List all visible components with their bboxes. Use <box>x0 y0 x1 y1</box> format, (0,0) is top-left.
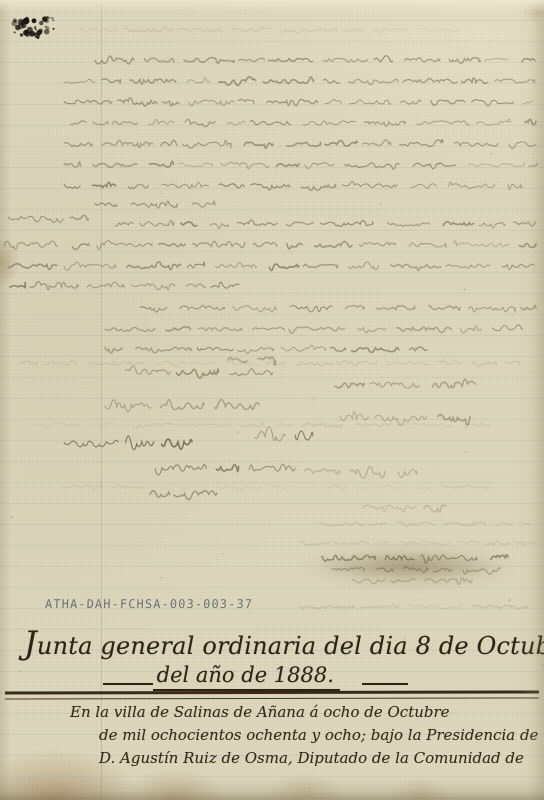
ink-stamp <box>11 16 54 39</box>
heading-line1: Junta general ordinaria del dia 8 de Oct… <box>24 626 538 662</box>
heading-line2: del año de 1888. <box>55 663 456 691</box>
body-line-2: de mil ochocientos ochenta y ocho; bajo … <box>70 724 538 747</box>
body-line-3: D. Agustín Ruiz de Osma, Diputado de la … <box>70 747 538 770</box>
heading-dash-right <box>362 683 408 685</box>
manuscript-page: ATHA-DAH-FCHSA-003-003-37 Junta general … <box>0 0 544 800</box>
body-line-1: En la villa de Salinas de Añana á ocho d… <box>70 701 538 724</box>
session-heading: Junta general ordinaria del dia 8 de Oct… <box>24 626 538 691</box>
illegible-faded-text <box>4 27 538 609</box>
heading-separator-rule <box>5 690 539 699</box>
heading-line2-text: del año de 1888. <box>153 663 340 691</box>
archival-reference-code: ATHA-DAH-FCHSA-003-003-37 <box>45 597 254 611</box>
minutes-body: En la villa de Salinas de Añana á ocho d… <box>70 701 538 770</box>
heading-dash-left <box>103 683 153 685</box>
ink-smudge-core <box>318 552 500 580</box>
